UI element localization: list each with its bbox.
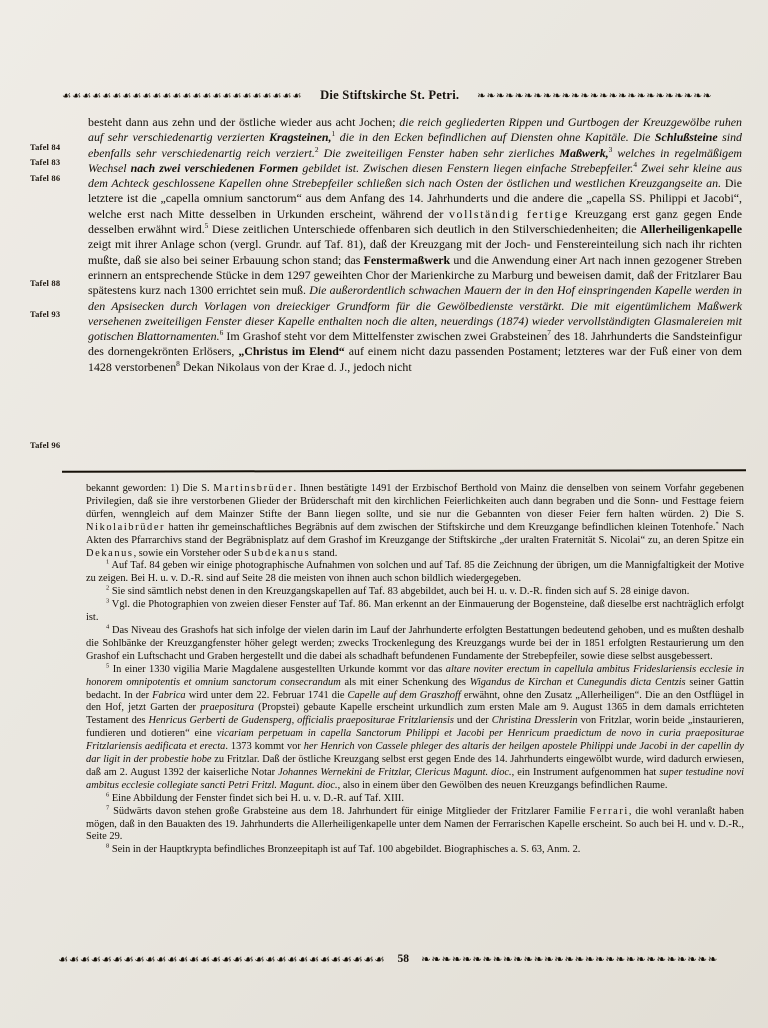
page-header: ☙☙☙☙☙☙☙☙☙☙☙☙☙☙☙☙☙☙☙☙☙☙☙☙ Die Stiftskirch… [62,88,712,103]
page-title: Die Stiftskirche St. Petri. [310,88,469,103]
footnote-3: 3 Vgl. die Photographien von zweien dies… [86,599,744,625]
page-footer: ☙☙☙☙☙☙☙☙☙☙☙☙☙☙☙☙☙☙☙☙☙☙☙☙☙☙☙☙☙☙ 58 ❧❧❧❧❧❧… [58,953,718,965]
margin-label-tafel-86: Tafel 86 [30,173,82,183]
footnote-1: 1 Auf Taf. 84 geben wir einige photograp… [86,560,744,586]
footnote-continuation: bekannt geworden: 1) Die S. Martinsbrüde… [86,483,744,560]
margin-label-tafel-83: Tafel 83 [30,157,82,167]
margin-label-tafel-93: Tafel 93 [30,309,82,319]
margin-label-tafel-96: Tafel 96 [30,440,82,450]
margin-label-tafel-84: Tafel 84 [30,142,82,152]
ornament-border-right-icon: ❧❧❧❧❧❧❧❧❧❧❧❧❧❧❧❧❧❧❧❧❧❧❧❧❧ [477,90,712,102]
ornament-border-left-icon: ☙☙☙☙☙☙☙☙☙☙☙☙☙☙☙☙☙☙☙☙☙☙☙☙ [62,90,302,102]
ornament-border-left-icon: ☙☙☙☙☙☙☙☙☙☙☙☙☙☙☙☙☙☙☙☙☙☙☙☙☙☙☙☙☙☙ [58,953,385,965]
footnote-2: 2 Sie sind sämtlich nebst denen in den K… [86,586,744,599]
footnote-6: 6 Eine Abbildung der Fenster findet sich… [86,793,744,806]
footnotes-section: bekannt geworden: 1) Die S. Martinsbrüde… [86,483,744,857]
main-text: besteht dann aus zehn und der östliche w… [88,115,742,375]
footnote-separator [62,469,746,472]
book-page: ☙☙☙☙☙☙☙☙☙☙☙☙☙☙☙☙☙☙☙☙☙☙☙☙ Die Stiftskirch… [0,0,768,1028]
footnote-7: 7 Südwärts davon stehen große Grabsteine… [86,806,744,845]
footnote-5: 5 In einer 1330 vigilia Marie Magdalene … [86,664,744,793]
ornament-border-right-icon: ❧❧❧❧❧❧❧❧❧❧❧❧❧❧❧❧❧❧❧❧❧❧❧❧❧❧❧❧❧ [421,953,718,965]
page-number: 58 [391,953,415,965]
margin-label-tafel-88: Tafel 88 [30,278,82,288]
footnote-4: 4 Das Niveau des Grashofs hat sich infol… [86,625,744,664]
footnote-8: 8 Sein in der Hauptkrypta befindliches B… [86,844,744,857]
